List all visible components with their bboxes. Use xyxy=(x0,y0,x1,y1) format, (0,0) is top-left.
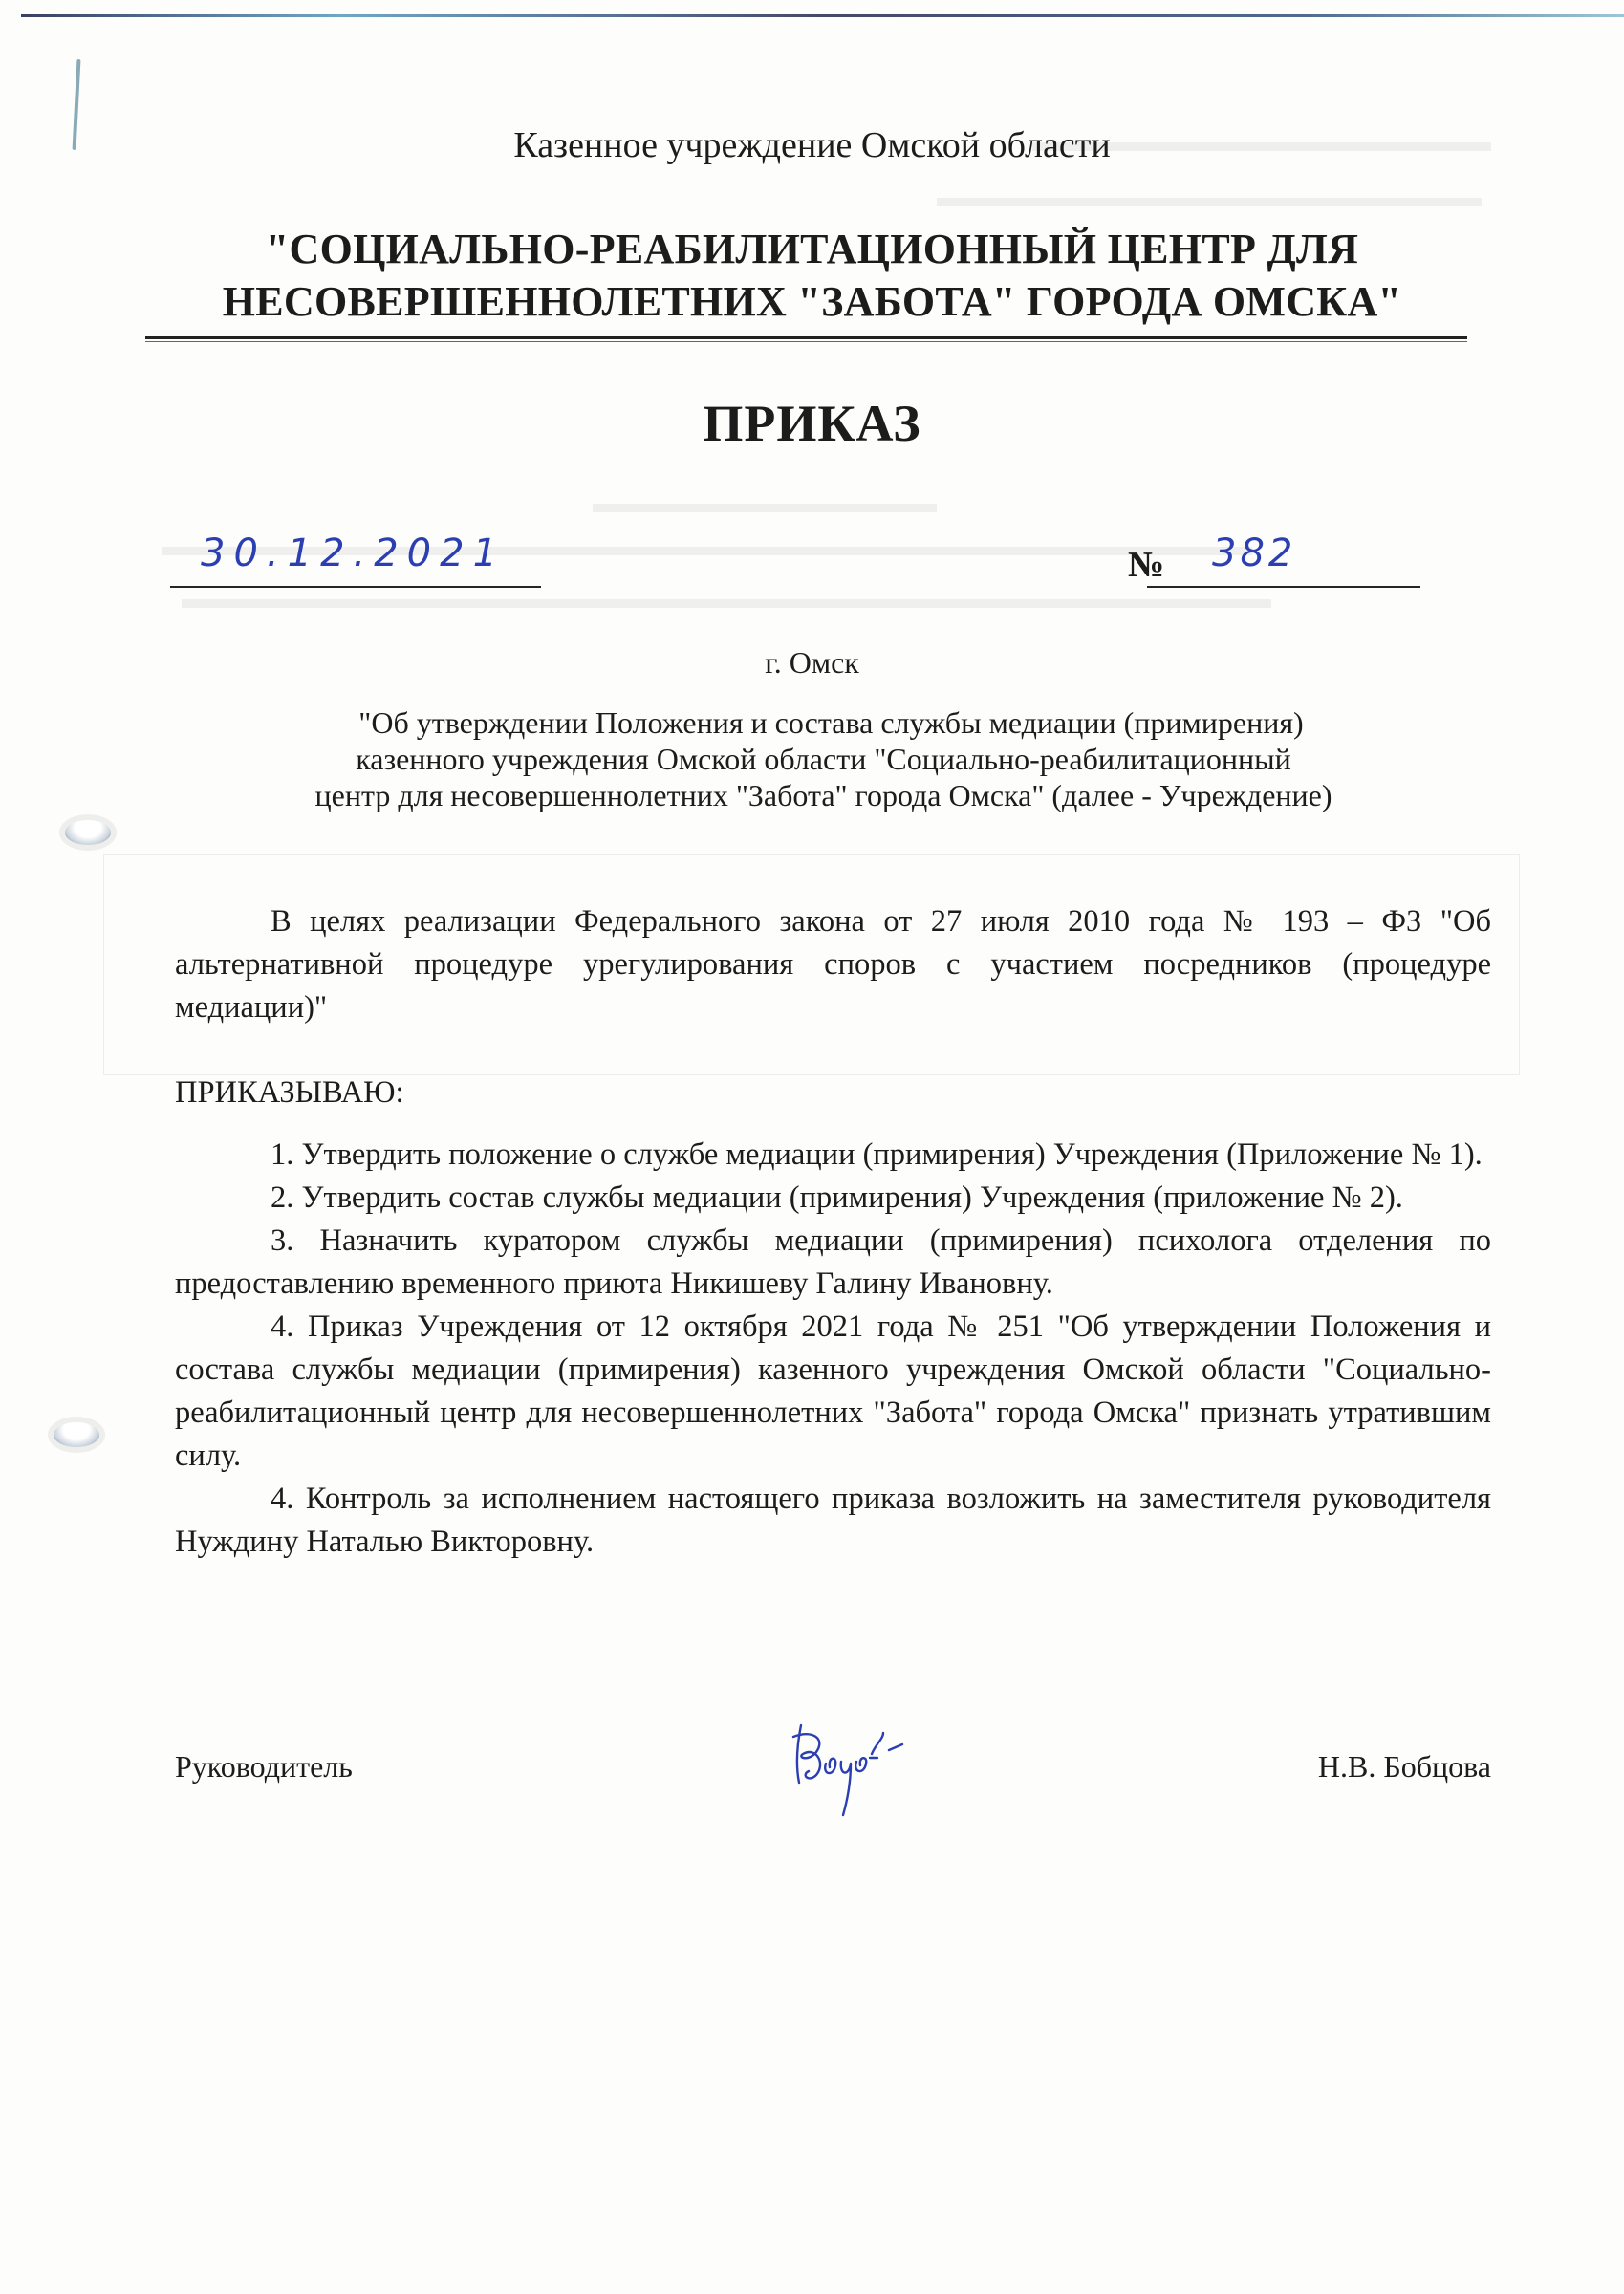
punch-hole-icon xyxy=(65,820,111,845)
preamble: В целях реализации Федерального закона о… xyxy=(175,900,1491,1029)
order-item: 4. Контроль за исполнением настоящего пр… xyxy=(175,1478,1491,1564)
order-item: 1. Утвердить положение о службе медиации… xyxy=(175,1134,1491,1177)
organization-type: Казенное учреждение Омской области xyxy=(0,124,1624,166)
header-divider xyxy=(145,336,1467,339)
city: г. Омск xyxy=(0,645,1624,681)
show-through-text: ▬▬▬▬▬▬▬▬▬▬▬▬▬▬▬▬▬▬▬▬▬▬▬▬▬▬▬▬▬▬▬▬▬▬▬▬▬▬ xyxy=(182,583,1271,616)
order-number: 382 xyxy=(1212,531,1296,575)
number-label: № xyxy=(1128,544,1164,586)
document-type: ПРИКАЗ xyxy=(0,394,1624,453)
order-word: ПРИКАЗЫВАЮ: xyxy=(175,1071,1491,1115)
signature-icon xyxy=(784,1716,918,1821)
order-date: 30.12.2021 xyxy=(201,531,506,575)
organization-name-line1: "СОЦИАЛЬНО-РЕАБИЛИТАЦИОННЫЙ ЦЕНТР ДЛЯ xyxy=(0,225,1624,273)
organization-name-line2: НЕСОВЕРШЕННОЛЕТНИХ "ЗАБОТА" ГОРОДА ОМСКА… xyxy=(0,277,1624,326)
number-underline xyxy=(1147,586,1420,588)
order-title-line: центр для несовершеннолетних "Забота" го… xyxy=(11,778,1624,813)
punch-hole-icon xyxy=(54,1422,99,1447)
order-item: 3. Назначить куратором службы медиации (… xyxy=(175,1220,1491,1306)
header-divider-thin xyxy=(145,341,1467,342)
show-through-text: ▬▬▬▬▬▬▬▬▬▬▬▬ xyxy=(593,487,937,520)
order-title-line: казенного учреждения Омской области "Соц… xyxy=(11,742,1624,777)
signatory-name: Н.В. Бобцова xyxy=(1318,1749,1491,1785)
order-item: 4. Приказ Учреждения от 12 октября 2021 … xyxy=(175,1306,1491,1478)
order-body: В целях реализации Федерального закона о… xyxy=(175,900,1491,1564)
order-title-line: "Об утверждении Положения и состава служ… xyxy=(19,705,1624,741)
order-item: 2. Утвердить состав службы медиации (при… xyxy=(175,1177,1491,1220)
scan-top-edge xyxy=(21,14,1624,17)
date-underline xyxy=(170,586,541,588)
signatory-role: Руководитель xyxy=(175,1749,353,1785)
show-through-text: ▬▬▬▬▬▬▬▬▬▬▬▬▬▬▬▬▬▬▬ xyxy=(937,182,1482,214)
